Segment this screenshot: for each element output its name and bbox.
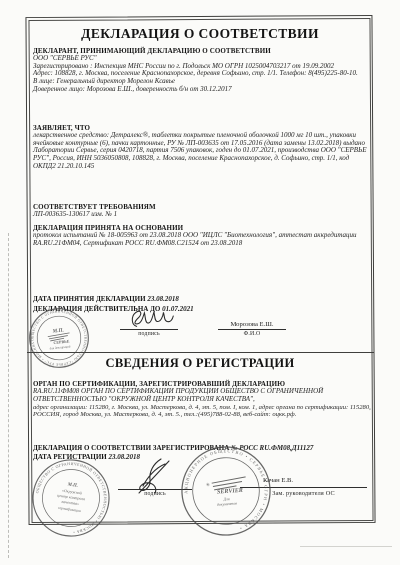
section-divider [27, 352, 374, 353]
scan-edge-artifact [8, 233, 9, 558]
signature-underline [120, 329, 178, 330]
signature-scribble-kachan [131, 456, 177, 496]
signer-name: Морозова Е.Ш. [214, 321, 290, 328]
stamp-caption-text: для деклараций [49, 343, 71, 350]
statement-text: лекарственное средство: Детралекс®, табл… [33, 132, 371, 171]
stamp-center-line: документов [217, 501, 238, 506]
conformity-text: ЛП-003635-130617 изм. № 1 [33, 211, 371, 219]
signature-caption: подпись [120, 331, 178, 337]
basis-text: протокол испытаний № 18-005963 от 23.08.… [33, 232, 371, 247]
scanned-declaration-page: ДЕКЛАРАЦИЯ О СООТВЕТСТВИИ ДЕКЛАРАНТ, ПРИ… [0, 0, 400, 565]
stamp-brand-text: SERVIER [217, 488, 243, 496]
org-name: RA.RU.11ФМ08 ОРГАН ПО СЕРТИФИКАЦИИ ПРОДУ… [33, 388, 371, 403]
certification-body-stamp: ОБЩЕСТВО С ОГРАНИЧЕННОЙ ОТВЕТСТВЕННОСТЬЮ… [26, 453, 116, 543]
stamp-center-line: качества» [61, 499, 79, 506]
stamp-center-line: сертификации [58, 506, 81, 513]
document-title: ДЕКЛАРАЦИЯ О СООТВЕТСТВИИ [30, 26, 370, 42]
registration-section-title: СВЕДЕНИЯ О РЕГИСТРАЦИИ [30, 356, 370, 371]
org-address: адрес организации: 115280, г. Москва, ул… [33, 404, 371, 419]
name-underline [218, 329, 286, 330]
name-caption: Ф.И.О [218, 331, 286, 337]
declarant-line: Доверенное лицо: Морозова Е.Ш., доверенн… [33, 86, 371, 94]
servier-documents-stamp: АКЦИОНЕРНОЕ ОБЩЕСТВО • СЕРВЬЕ • ОГРН • М… [177, 442, 275, 540]
stamp-mp-text: М.П. [51, 327, 64, 334]
scan-line-artifact [300, 546, 392, 547]
stamp-center-line: Для [222, 497, 229, 501]
stamp-star-icon: ✳ [206, 482, 211, 488]
